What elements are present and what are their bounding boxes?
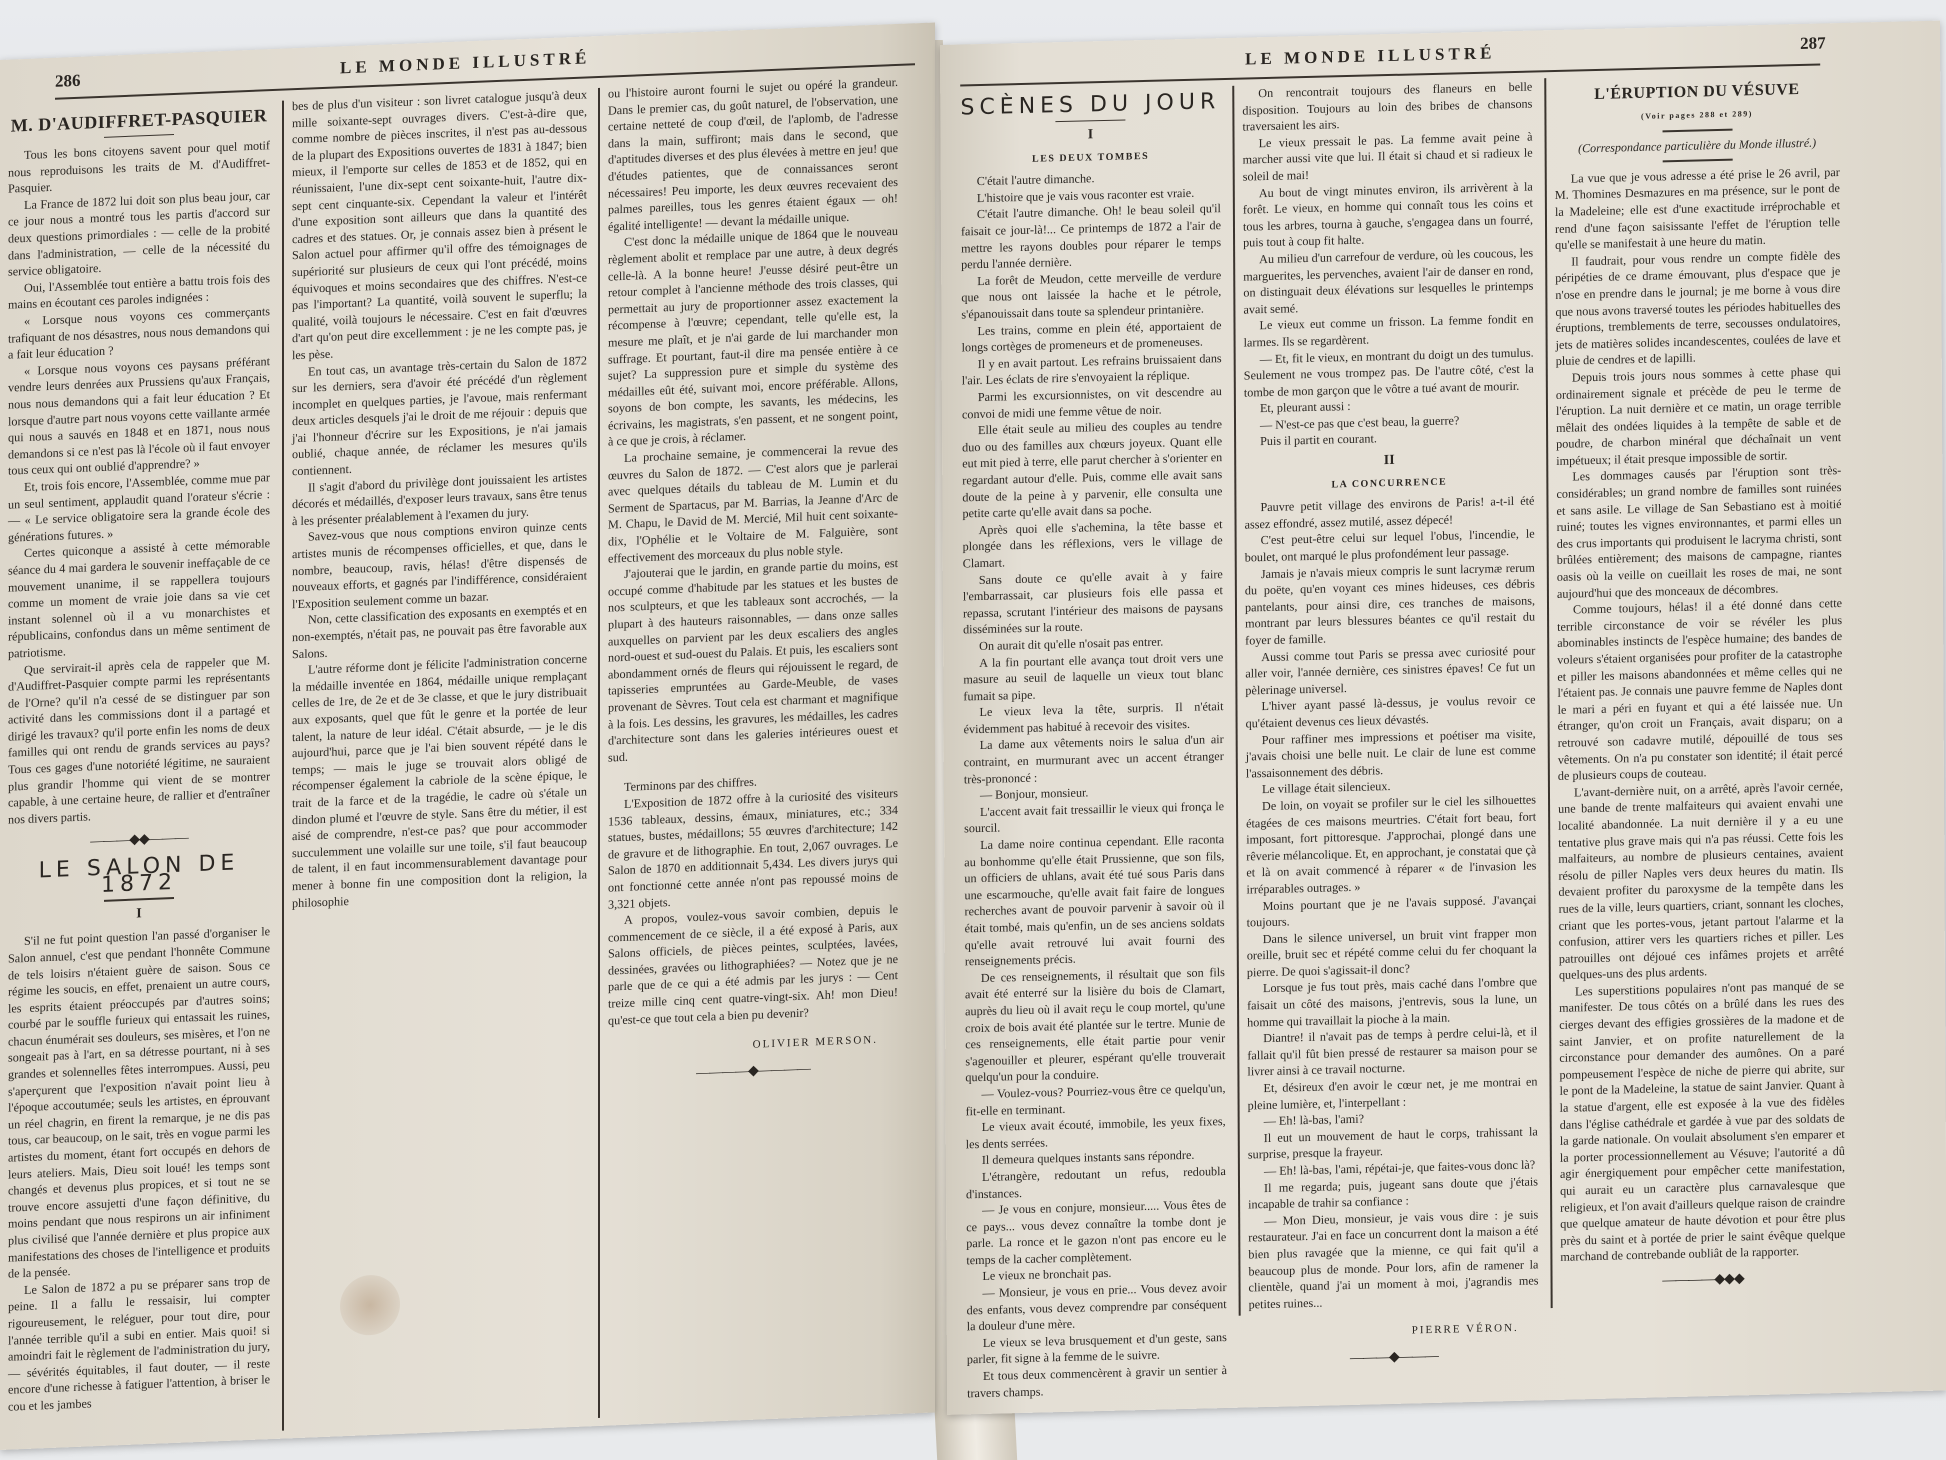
part-number: I	[960, 124, 1220, 147]
title-rule	[104, 134, 174, 138]
paragraph: C'était l'autre dimanche. Oh! le beau so…	[961, 201, 1221, 274]
paragraph: — Monsieur, je vous en prie... Vous deve…	[966, 1279, 1226, 1335]
column-rule	[598, 88, 600, 1418]
right-column-2: On rencontrait toujours des flaneurs en …	[1242, 79, 1539, 1380]
paragraph: Aussi comme tout Paris se pressa avec cu…	[1245, 642, 1535, 699]
part-number: II	[1244, 450, 1534, 474]
see-pages-note: (Voir pages 288 et 289)	[1554, 104, 1839, 128]
signature-veron: PIERRE VÉRON.	[1249, 1320, 1539, 1344]
paragraph: Pour raffiner mes impressions et poétise…	[1246, 725, 1536, 782]
right-column-1: SCÈNES DU JOUR I LES DEUX TOMBES C'était…	[960, 86, 1227, 1401]
fleuron-divider: ————◆————	[608, 1058, 898, 1086]
page-number-right: 287	[1800, 33, 1826, 54]
paragraph: Au bout de vingt minutes environ, ils ar…	[1243, 178, 1533, 251]
part-title: LA CONCURRENCE	[1244, 472, 1534, 496]
title-rule	[1662, 159, 1732, 162]
left-column-3: ou l'histoire auront fourni le sujet ou …	[608, 74, 898, 1096]
paragraph: Comme toujours, hélas! il a été donné da…	[1557, 595, 1843, 784]
paragraph: — Je vous en conjure, monsieur..... Vous…	[966, 1196, 1226, 1269]
paragraph: L'Exposition de 1872 offre à la curiosit…	[608, 785, 898, 913]
paragraph: Il faudrait, pour vous rendre un compte …	[1555, 247, 1841, 370]
paragraph: ou l'histoire auront fourni le sujet ou …	[608, 74, 898, 235]
paragraph: La France de 1872 lui doit son plus beau…	[8, 187, 270, 280]
page-number-left: 286	[55, 71, 81, 92]
left-page: 286 LE MONDE ILLUSTRÉ M. D'AUDIFFRET-PAS…	[0, 22, 935, 1450]
paragraph: C'est donc la médaille unique de 1864 qu…	[608, 223, 898, 450]
paragraph: Et, trois fois encore, l'Assemblée, comm…	[8, 469, 270, 546]
article-title-vesuve: L'ÉRUPTION DU VÉSUVE	[1554, 81, 1839, 105]
paragraph: En tout cas, un avantage très-certain du…	[292, 352, 587, 480]
paragraph: Les superstitions populaires n'ont pas m…	[1559, 977, 1845, 1266]
title-rule	[1662, 129, 1732, 132]
paragraph: Jamais je n'avais mieux compris le sunt …	[1245, 559, 1535, 649]
section-number: I	[8, 901, 270, 928]
article-title-scenes: SCÈNES DU JOUR	[960, 94, 1220, 117]
title-rule	[104, 897, 174, 901]
column-rule	[1232, 86, 1240, 1316]
paragraph: Au milieu d'un carrefour de verdure, où …	[1243, 244, 1533, 317]
paragraph: bes de plus d'un visiteur : son livret c…	[292, 86, 587, 363]
right-column-3: L'ÉRUPTION DU VÉSUVE (Voir pages 288 et …	[1554, 71, 1845, 1302]
paragraph: A propos, voulez-vous savoir combien, de…	[608, 901, 898, 1029]
paragraph: — Mon Dieu, monsieur, je vais vous dire …	[1248, 1206, 1539, 1313]
left-column-2: bes de plus d'un visiteur : son livret c…	[292, 86, 587, 911]
fleuron-divider: ————◆◆◆	[1561, 1269, 1846, 1293]
paragraph: Savez-vous que nous comptions environ qu…	[292, 518, 587, 613]
paragraph: A la fin pourtant elle avança tout droit…	[963, 649, 1223, 705]
paragraph: Sans doute ce qu'elle avait à y faire l'…	[963, 566, 1223, 639]
title-rule	[1055, 119, 1125, 122]
column-rule	[282, 101, 284, 1431]
column-rule	[1544, 78, 1552, 1308]
correspondence-note: (Correspondance particulière du Monde il…	[1555, 134, 1840, 158]
paragraph: Le Salon de 1872 a pu se préparer sans t…	[8, 1272, 270, 1415]
foxing-stain	[340, 1274, 400, 1336]
paragraph: De ces renseignements, il résultait que …	[965, 964, 1226, 1086]
paragraph: L'autre réforme dont je félicite l'admin…	[292, 651, 587, 912]
paragraph: La dame noire continua cependant. Elle r…	[964, 831, 1225, 970]
masthead-right: LE MONDE ILLUSTRÉ	[1245, 43, 1495, 69]
right-page: LE MONDE ILLUSTRÉ 287 SCÈNES DU JOUR I L…	[940, 21, 1946, 1415]
paragraph: L'avant-dernière nuit, on a arrêté, aprè…	[1558, 778, 1844, 984]
paragraph: Depuis trois jours nous sommes à cette p…	[1556, 363, 1842, 470]
paragraph: S'il ne fut point question l'an passé d'…	[8, 923, 270, 1282]
paragraph: On rencontrait toujours des flaneurs en …	[1242, 79, 1532, 136]
paragraph: De loin, on voyait se profiler sur le ci…	[1246, 791, 1537, 898]
paragraph: Le vieux pressait le pas. La femme avait…	[1243, 128, 1533, 185]
part-title: LES DEUX TOMBES	[961, 147, 1221, 170]
article-title-audiffret: M. D'AUDIFFRET-PASQUIER	[8, 107, 270, 134]
paragraph: Elle était seule au milieu des couples a…	[962, 416, 1223, 522]
paragraph: Que servirait-il après cela de rappeler …	[8, 652, 270, 828]
paragraph: Et tous deux commencèrent à gravir un se…	[967, 1362, 1227, 1402]
left-column-1: M. D'AUDIFFRET-PASQUIER Tous les bons ci…	[8, 97, 270, 1415]
section-title-salon: LE SALON DE 1872	[8, 854, 270, 898]
paragraph: Dans le silence universel, un bruit vint…	[1247, 924, 1537, 981]
paragraph: J'ajouterai que le jardin, en grande par…	[608, 555, 898, 766]
paragraph: Certes quiconque a assisté à cette mémor…	[8, 535, 270, 662]
paragraph: Les dommages causés par l'éruption sont …	[1556, 462, 1842, 602]
paragraph: La dame aux vêtements noirs le salua d'u…	[964, 732, 1224, 788]
signature-merson: OLIVIER MERSON.	[608, 1031, 898, 1059]
paragraph: Lorsque je fus tout près, mais caché dan…	[1247, 974, 1537, 1031]
paragraph: Diantre! il n'avait pas de temps à perdr…	[1247, 1024, 1537, 1081]
paragraph: La prochaine semaine, je commencerai la …	[608, 439, 898, 567]
paragraph: La forêt de Meudon, cette merveille de v…	[961, 267, 1221, 323]
paragraph: — Et, fit le vieux, en montrant du doigt…	[1244, 344, 1534, 401]
paragraph: La vue que je vous adresse a été prise l…	[1555, 164, 1840, 254]
paragraph: « Lorsque nous voyons ces paysans préfér…	[8, 353, 270, 480]
masthead-left: LE MONDE ILLUSTRÉ	[340, 48, 590, 78]
paragraph: Après quoi elle s'achemina, la tête bass…	[963, 516, 1223, 572]
fleuron-divider: ———◆———	[1249, 1346, 1539, 1370]
